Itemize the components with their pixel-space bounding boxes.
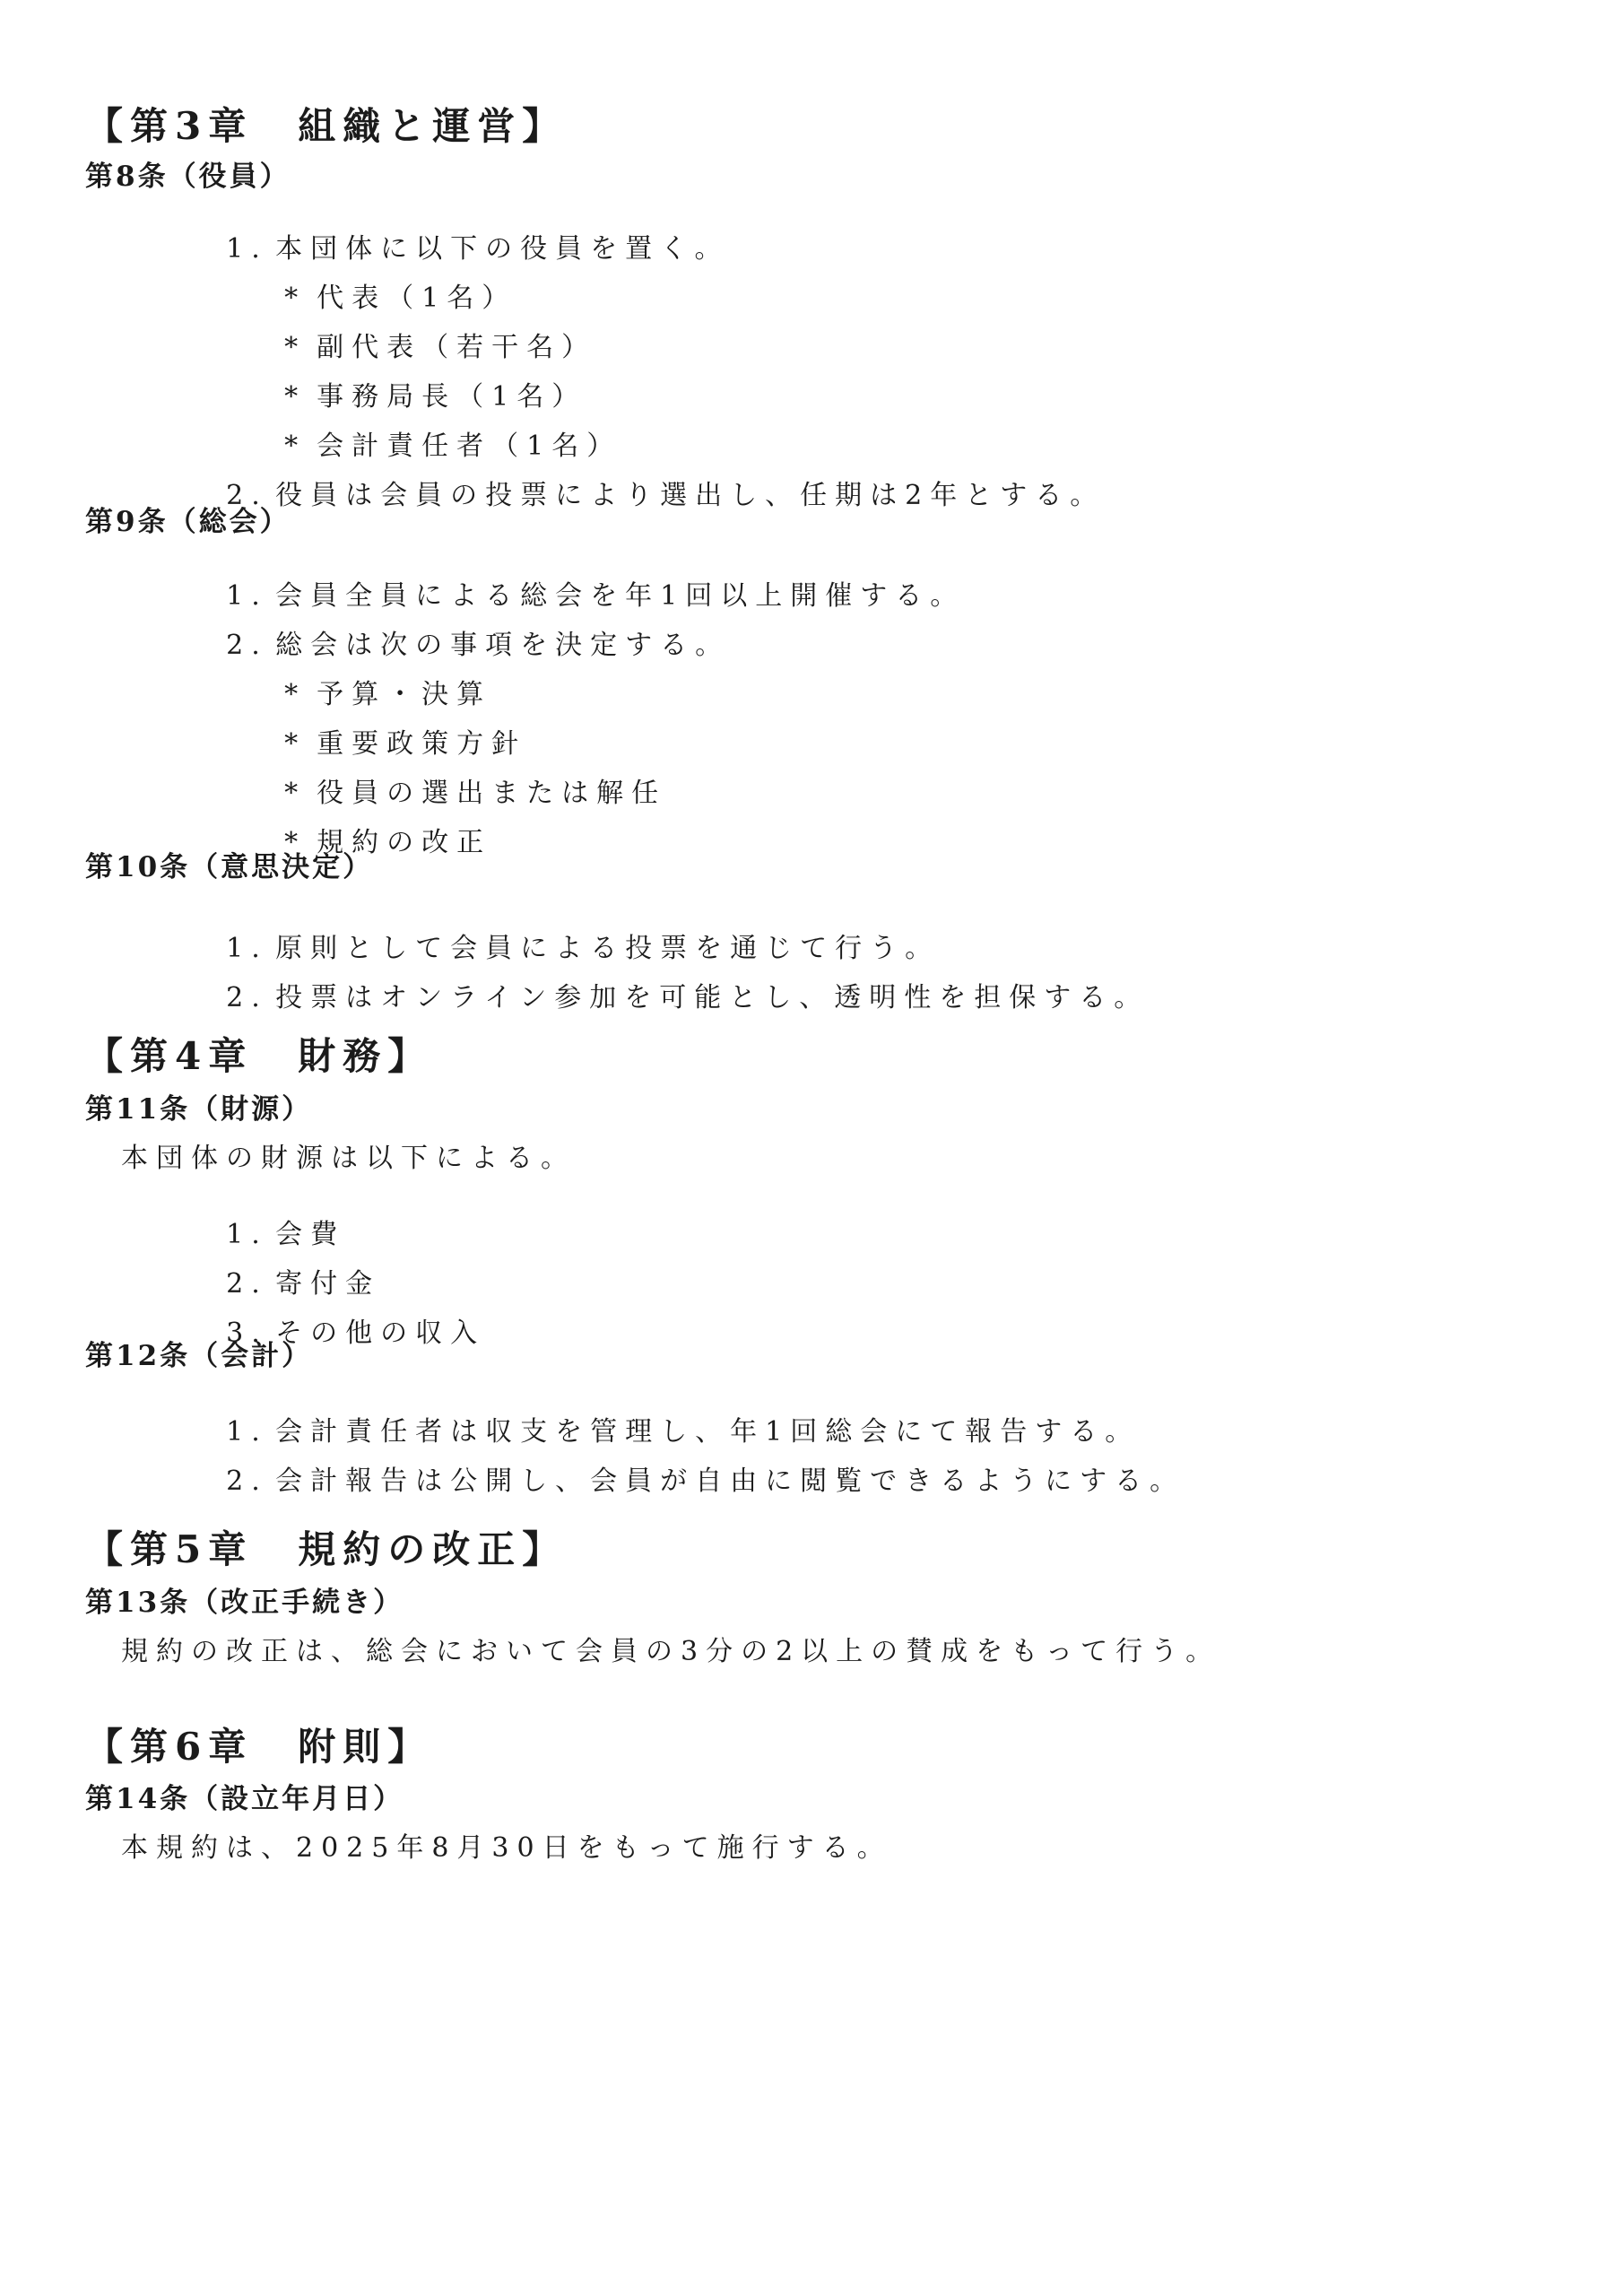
article-10-item-2: 2.投票はオンライン参加を可能とし、透明性を担保する。 — [160, 958, 1149, 1039]
chapter-5-heading: 【第5章 規約の改正】 — [85, 1531, 567, 1569]
item-number: 2. — [226, 1468, 275, 1495]
chapter-3-heading: 【第3章 組織と運営】 — [85, 108, 567, 145]
article-12-item-2: 2.会計報告は公開し、会員が自由に閲覧できるようにする。 — [160, 1441, 1185, 1522]
chapter-4-heading: 【第4章 財務】 — [85, 1038, 432, 1075]
bylaws-page: 【第3章 組織と運営】 第8条（役員） 1.本団体に以下の役員を置く。 *代表（… — [0, 0, 1623, 2296]
item-text: 会計報告は公開し、会員が自由に閲覧できるようにする。 — [275, 1465, 1185, 1497]
article-13-heading: 第13条（改正手続き） — [85, 1589, 404, 1617]
article-8-item-2: 2.役員は会員の投票により選出し、任期は2年とする。 — [160, 456, 1105, 536]
article-8-heading: 第8条（役員） — [85, 163, 291, 191]
article-9-heading: 第9条（総会） — [85, 509, 291, 536]
article-14-paragraph: 本規約は、2025年8月30日をもって施行する。 — [121, 1835, 892, 1862]
item-number: 2. — [226, 985, 275, 1012]
item-text: 投票はオンライン参加を可能とし、透明性を担保する。 — [275, 982, 1149, 1013]
article-11-paragraph: 本団体の財源は以下による。 — [121, 1145, 576, 1172]
article-10-heading: 第10条（意思決定） — [85, 854, 373, 882]
item-text: 役員は会員の投票により選出し、任期は2年とする。 — [275, 480, 1105, 511]
chapter-6-heading: 【第6章 附則】 — [85, 1728, 432, 1766]
article-12-heading: 第12条（会計） — [85, 1343, 312, 1370]
article-13-paragraph: 規約の改正は、総会において会員の3分の2以上の賛成をもって行う。 — [121, 1639, 1220, 1665]
article-11-heading: 第11条（財源） — [85, 1096, 312, 1124]
article-14-heading: 第14条（設立年月日） — [85, 1786, 404, 1813]
